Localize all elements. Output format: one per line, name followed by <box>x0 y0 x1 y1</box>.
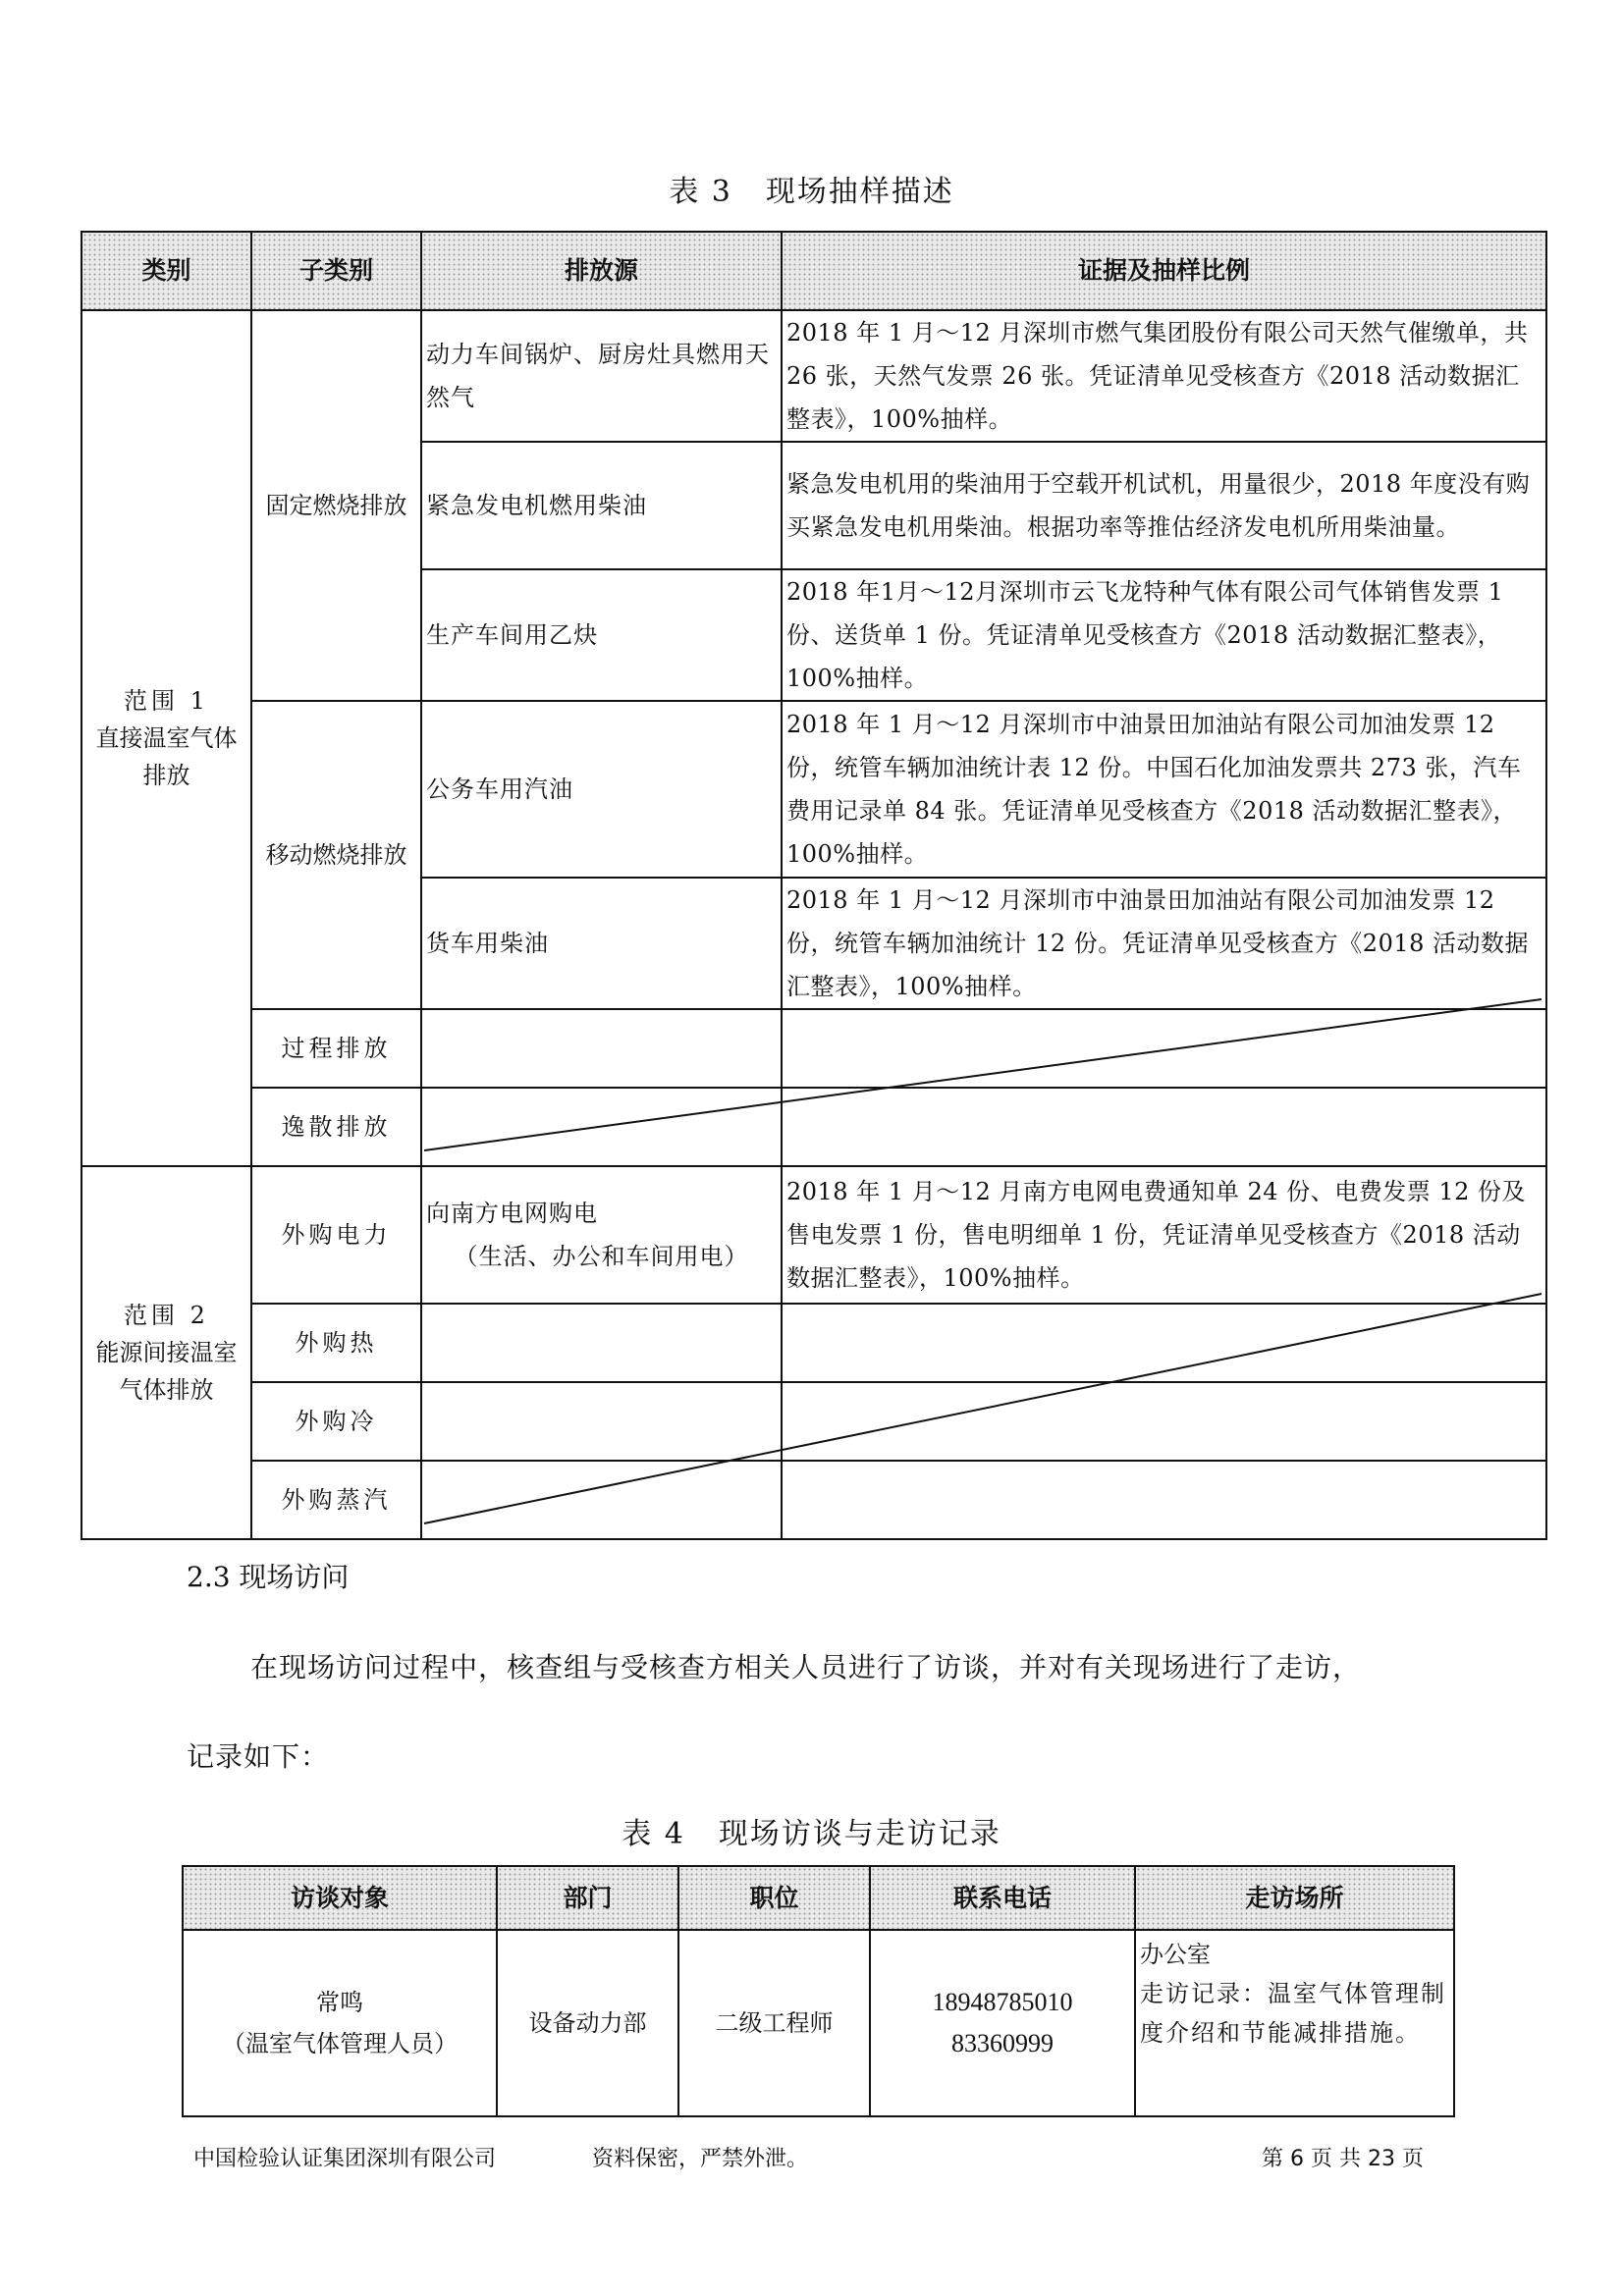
subcategory-electricity: 外购电力 <box>251 1166 421 1304</box>
visit-location-cell: 办公室 走访记录：温室气体管理制度介绍和节能减排措施。 <box>1135 1930 1454 2116</box>
phone-mobile: 18948785010 <box>875 1982 1130 2023</box>
empty-source-cell <box>421 1461 782 1539</box>
table4-caption-title: 现场访谈与走访记录 <box>719 1817 1001 1851</box>
visit-place: 办公室 <box>1140 1935 1449 1974</box>
table-row: 范围 2 能源间接温室 气体排放 外购电力 向南方电网购电 （生活、办公和车间用… <box>81 1166 1546 1304</box>
table4-caption: 表 4现场访谈与走访记录 <box>0 1809 1623 1852</box>
table-row: 外购冷 <box>81 1382 1546 1461</box>
department: 设备动力部 <box>497 1930 678 2116</box>
col-header-visit-location: 走访场所 <box>1135 1866 1454 1930</box>
scope1-line1: 范围 1 <box>86 682 246 720</box>
section-heading: 2.3 现场访问 <box>187 1556 349 1595</box>
col-header-category: 类别 <box>81 232 251 310</box>
section-paragraph-line2: 记录如下： <box>187 1735 329 1775</box>
scope2-cell: 范围 2 能源间接温室 气体排放 <box>81 1166 251 1539</box>
position: 二级工程师 <box>678 1930 870 2116</box>
scope2-line3: 气体排放 <box>86 1371 246 1409</box>
scope1-line3: 排放 <box>86 757 246 794</box>
table-row: 范围 1 直接温室气体 排放 固定燃烧排放 动力车间锅炉、厨房灶具燃用天然气 2… <box>81 310 1546 442</box>
evidence: 紧急发电机用的柴油用于空载开机试机，用量很少，2018 年度没有购买紧急发电机用… <box>782 442 1546 569</box>
table3-caption: 表 3现场抽样描述 <box>0 167 1623 210</box>
table-row: 逸散排放 <box>81 1088 1546 1166</box>
section-paragraph-line1: 在现场访问过程中，核查组与受核查方相关人员进行了访谈，并对有关现场进行了走访， <box>250 1646 1361 1685</box>
interviewee-role: （温室气体管理人员） <box>188 2023 492 2064</box>
subcategory-mobile: 移动燃烧排放 <box>251 701 421 1009</box>
empty-source-cell <box>421 1304 782 1382</box>
emission-source: 紧急发电机燃用柴油 <box>421 442 782 569</box>
evidence: 2018 年 1 月～12 月南方电网电费通知单 24 份、电费发票 12 份及… <box>782 1166 1546 1304</box>
phone-cell: 18948785010 83360999 <box>870 1930 1135 2116</box>
empty-evidence-cell <box>782 1009 1546 1088</box>
empty-evidence-cell <box>782 1382 1546 1461</box>
empty-source-cell <box>421 1088 782 1166</box>
table-row: 移动燃烧排放 公务车用汽油 2018 年 1 月～12 月深圳市中油景田加油站有… <box>81 701 1546 878</box>
table3-caption-title: 现场抽样描述 <box>766 175 954 209</box>
subcategory-steam: 外购蒸汽 <box>251 1461 421 1539</box>
col-header-phone: 联系电话 <box>870 1866 1135 1930</box>
interviewee-name: 常鸣 <box>188 1982 492 2023</box>
interviewee-cell: 常鸣 （温室气体管理人员） <box>183 1930 497 2116</box>
emission-source: 货车用柴油 <box>421 878 782 1009</box>
interview-record-table: 访谈对象 部门 职位 联系电话 走访场所 常鸣 （温室气体管理人员） 设备动力部… <box>182 1865 1455 2117</box>
table4-header-row: 访谈对象 部门 职位 联系电话 走访场所 <box>183 1866 1454 1930</box>
col-header-interviewee: 访谈对象 <box>183 1866 497 1930</box>
scope1-line2: 直接温室气体 <box>86 720 246 757</box>
emission-source: 向南方电网购电 （生活、办公和车间用电） <box>421 1166 782 1304</box>
table-row: 常鸣 （温室气体管理人员） 设备动力部 二级工程师 18948785010 83… <box>183 1930 1454 2116</box>
table-row: 外购热 <box>81 1304 1546 1382</box>
source-line1: 向南方电网购电 <box>426 1192 777 1235</box>
empty-evidence-cell <box>782 1088 1546 1166</box>
empty-source-cell <box>421 1009 782 1088</box>
sampling-description-table: 类别 子类别 排放源 证据及抽样比例 范围 1 直接温室气体 排放 固定燃烧排放… <box>81 231 1547 1540</box>
emission-source: 生产车间用乙炔 <box>421 569 782 701</box>
evidence: 2018 年1月～12月深圳市云飞龙特种气体有限公司气体销售发票 1 份、送货单… <box>782 569 1546 701</box>
footer-confidential: 资料保密，严禁外泄。 <box>592 2142 808 2172</box>
table-row: 外购蒸汽 <box>81 1461 1546 1539</box>
subcategory-cooling: 外购冷 <box>251 1382 421 1461</box>
subcategory-process: 过程排放 <box>251 1009 421 1088</box>
subcategory-stationary: 固定燃烧排放 <box>251 310 421 701</box>
col-header-evidence: 证据及抽样比例 <box>782 232 1546 310</box>
table3-caption-number: 表 3 <box>669 175 732 209</box>
subcategory-fugitive: 逸散排放 <box>251 1088 421 1166</box>
evidence: 2018 年 1 月～12 月深圳市中油景田加油站有限公司加油发票 12 份，统… <box>782 878 1546 1009</box>
footer-page-number: 第 6 页 共 23 页 <box>1262 2142 1424 2172</box>
scope2-line1: 范围 2 <box>86 1297 246 1334</box>
footer-company: 中国检验认证集团深圳有限公司 <box>193 2142 496 2172</box>
emission-source: 公务车用汽油 <box>421 701 782 878</box>
subcategory-heat: 外购热 <box>251 1304 421 1382</box>
source-line2: （生活、办公和车间用电） <box>426 1235 777 1278</box>
evidence: 2018 年 1 月～12 月深圳市中油景田加油站有限公司加油发票 12 份，统… <box>782 701 1546 878</box>
col-header-subcategory: 子类别 <box>251 232 421 310</box>
col-header-position: 职位 <box>678 1866 870 1930</box>
emission-source: 动力车间锅炉、厨房灶具燃用天然气 <box>421 310 782 442</box>
col-header-department: 部门 <box>497 1866 678 1930</box>
table3-header-row: 类别 子类别 排放源 证据及抽样比例 <box>81 232 1546 310</box>
col-header-emission-source: 排放源 <box>421 232 782 310</box>
visit-note: 走访记录：温室气体管理制度介绍和节能减排措施。 <box>1140 1974 1449 2053</box>
empty-source-cell <box>421 1382 782 1461</box>
table4-caption-number: 表 4 <box>622 1817 685 1851</box>
phone-landline: 83360999 <box>875 2023 1130 2064</box>
scope1-cell: 范围 1 直接温室气体 排放 <box>81 310 251 1166</box>
scope2-line2: 能源间接温室 <box>86 1334 246 1371</box>
evidence: 2018 年 1 月～12 月深圳市燃气集团股份有限公司天然气催缴单，共 26 … <box>782 310 1546 442</box>
empty-evidence-cell <box>782 1461 1546 1539</box>
table-row: 过程排放 <box>81 1009 1546 1088</box>
empty-evidence-cell <box>782 1304 1546 1382</box>
